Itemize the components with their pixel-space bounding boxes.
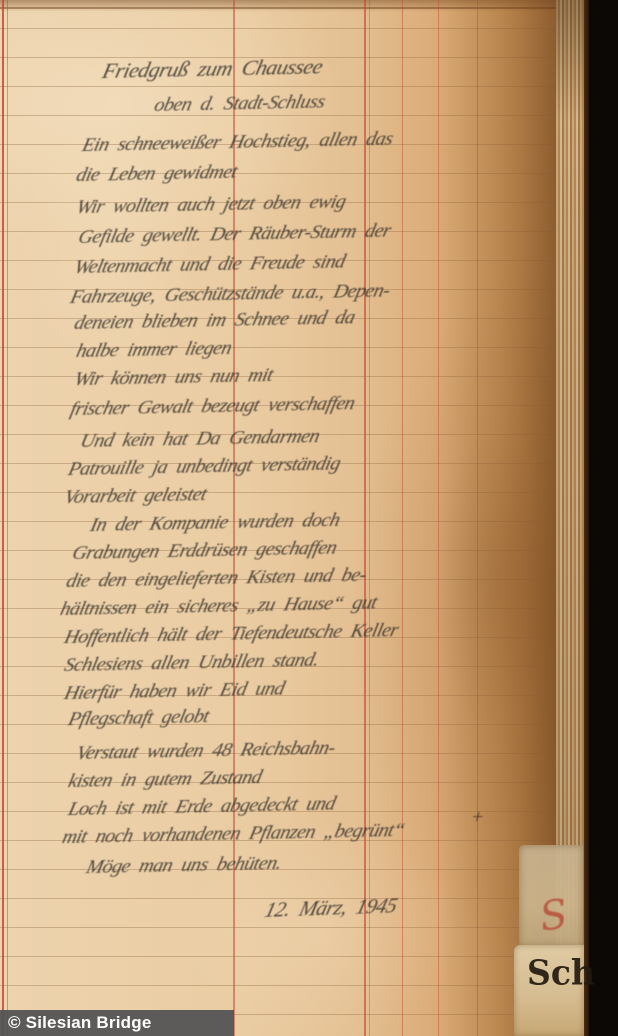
handwriting-line: hältnissen ein sicheres „zu Hause“ gut	[58, 591, 379, 621]
spine-stamp-label: Sch	[527, 952, 595, 993]
handwriting-line: Schlesiens allen Unbillen stand.	[62, 649, 321, 677]
book-edge-seam	[584, 0, 589, 1036]
handwriting-line: mit noch vorhandenen Pflanzen „begrünt“	[60, 819, 406, 849]
handwriting-line: kisten in gutem Zustand	[66, 766, 264, 793]
photo-container: 12. März, 1945 Friedgruß zum Chausseeobe…	[0, 0, 618, 1036]
handwriting-line: In der Kompanie wurden doch	[88, 509, 342, 537]
handwriting-line: Patrouille ja unbedingt verständig	[66, 452, 343, 481]
handwriting-line: Fahrzeuge, Geschützstände u.a., Depen-	[68, 279, 392, 309]
handwriting-line: Hoffentlich hält der Tiefendeutsche Kell…	[62, 619, 400, 649]
handwritten-date: 12. März, 1945	[262, 893, 399, 923]
photo-credit: © Silesian Bridge Foundation.	[0, 1010, 234, 1036]
handwriting-line: Und kein hat Da Gendarmen	[78, 425, 322, 453]
handwriting-line: Friedgruß zum Chaussee	[100, 53, 325, 84]
handwriting-line: Grabungen Erddrüsen geschaffen	[70, 537, 339, 565]
handwriting-line: die Leben gewidmet	[74, 161, 239, 187]
handwriting-line: deneien blieben im Schnee und da	[72, 306, 357, 335]
handwriting-line: halbe immer liegen	[74, 337, 234, 363]
handwriting-line: Gefilde gewellt. Der Räuber-Sturm der	[76, 220, 393, 249]
handwriting-line: Möge man uns behüten.	[84, 852, 284, 879]
handwriting-line: oben d. Stadt-Schluss	[152, 90, 327, 117]
handwriting-line: Wir können uns nun mit	[72, 364, 275, 391]
handwriting-line: Hierfür haben wir Eid und	[62, 677, 287, 705]
handwriting-line: Wir wollten auch jetzt oben ewig	[74, 190, 348, 219]
handwriting-line: Verstaut wurden 48 Reichsbahn-	[74, 737, 337, 765]
handwriting-line: Loch ist mit Erde abgedeckt und	[66, 792, 338, 821]
handwriting-line: Pflegschaft gelobt	[66, 705, 211, 731]
handwriting-line: frischer Gewalt bezeugt verschaffen	[68, 392, 357, 421]
handwriting-line: Ein schneeweißer Hochstieg, allen das	[80, 128, 395, 157]
handwriting-line: Vorarbeit geleistet	[62, 483, 209, 509]
handwriting-line: Weltenmacht und die Freude sind	[72, 250, 347, 279]
handwriting-line: die den eingelieferten Kisten und be-	[64, 564, 368, 593]
